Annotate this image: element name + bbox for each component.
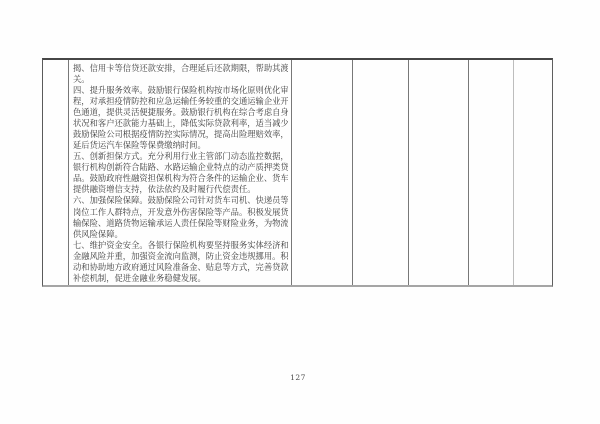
text-line: 输保险、道路货物运输承运人责任保险等财险业务，为物流业提: [73, 218, 288, 229]
text-line: 状况和客户还款能力基础上，降低实际贷款利率，适当减少收费。: [73, 118, 288, 129]
text-line: 七、维护资金安全。各银行保险机构要坚持服务实体经济和防范: [73, 240, 288, 251]
text-line: 四、提升服务效率。鼓励银行保险机构按市场化原则优化审批流: [73, 85, 288, 96]
text-line: 延后货运汽车保险等保费缴纳时间。: [73, 140, 288, 151]
text-line: 补偿机制，促进金融业务稳健发展。: [73, 273, 288, 284]
text-line: 六、加强保险保障。鼓励保险公司针对货车司机、快递员等特殊: [73, 195, 288, 206]
text-line: 供风险保障。: [73, 229, 288, 240]
text-line: 银行机构创新符合陆路、水路运输企业特点的动产质押类贷款产: [73, 162, 288, 173]
document-page: 揭、信用卡等信贷还款安排，合理延后还款期限，帮助其渡过难关。四、提升服务效率。鼓…: [0, 0, 600, 424]
text-line: 动和协助地方政府通过风险准备金、贴息等方式，完善贷款风险: [73, 262, 288, 273]
policy-table: 揭、信用卡等信贷还款安排，合理延后还款期限，帮助其渡过难关。四、提升服务效率。鼓…: [42, 58, 553, 287]
table-cell-blank: [353, 60, 409, 285]
table-cell-policy-text: 揭、信用卡等信贷还款安排，合理延后还款期限，帮助其渡过难关。四、提升服务效率。鼓…: [69, 60, 292, 285]
text-line: 岗位工作人群特点，开发意外伤害保险等产品。积极发展货物运: [73, 207, 288, 218]
text-line: 五、创新担保方式。充分利用行业主管部门动态监控数据，鼓励: [73, 151, 288, 162]
text-line: 程，对承担疫情防控和应急运输任务较重的交通运输企业开辟绿: [73, 96, 288, 107]
table-cell-blank: [514, 60, 552, 285]
page-number: 127: [0, 373, 596, 382]
table-cell-blank-left: [43, 60, 69, 285]
text-line: 金融风险并重，加强资金流向监测，防止资金违规挪用。积极推: [73, 251, 288, 262]
text-line: 提供融资增信支持，依法依约及时履行代偿责任。: [73, 184, 288, 195]
table-cell-blank: [409, 60, 469, 285]
table-cell-blank: [469, 60, 514, 285]
text-line: 关。: [73, 74, 288, 85]
text-line: 鼓励保险公司根据疫情防控实际情况，提高出险理赔效率，适度: [73, 129, 288, 140]
text-line: 品。鼓励政府性融资担保机构为符合条件的运输企业、货车司机: [73, 173, 288, 184]
text-line: 色通道，提供灵活便捷服务。鼓励银行机构在综合考虑自身经营: [73, 107, 288, 118]
text-line: 揭、信用卡等信贷还款安排，合理延后还款期限，帮助其渡过难: [73, 63, 288, 74]
table-cell-blank: [292, 60, 353, 285]
